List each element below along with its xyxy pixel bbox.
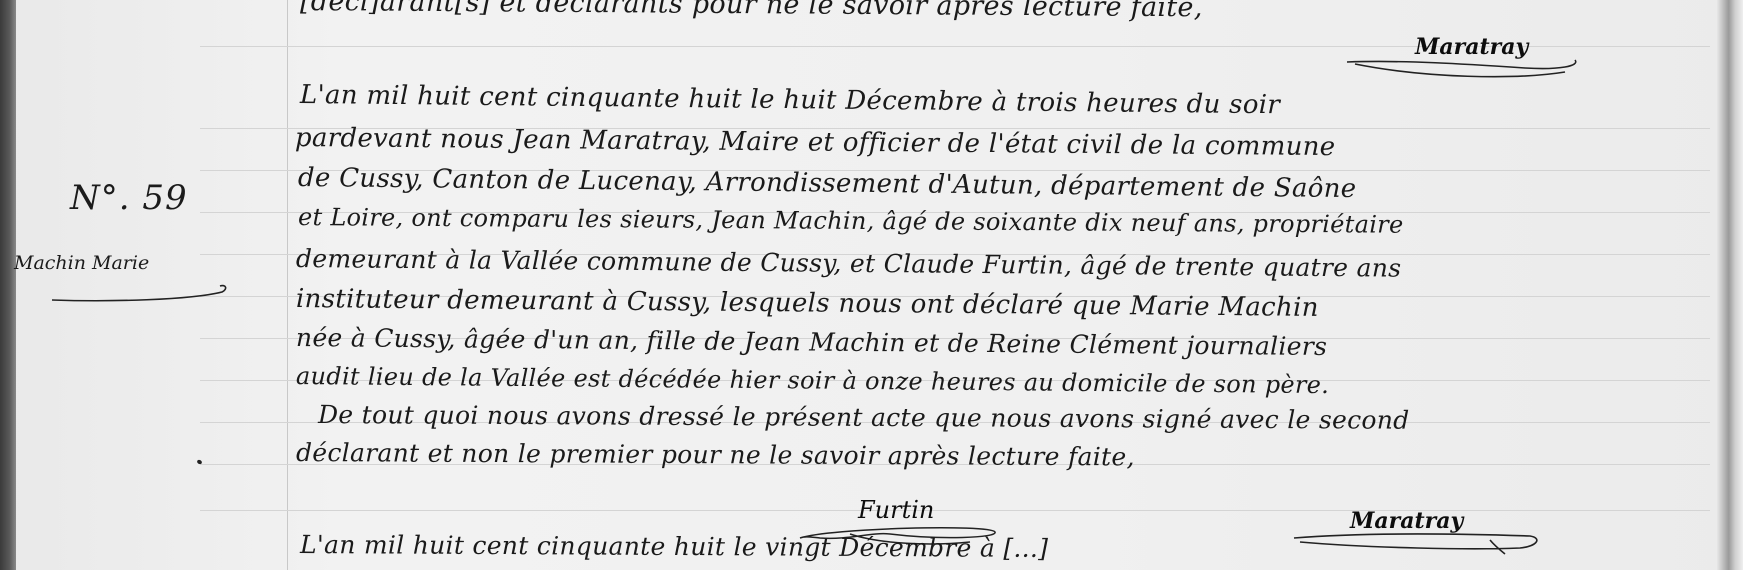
next-entry-opening-line: L'an mil huit cent cinquante huit le vin… bbox=[300, 530, 1048, 563]
entry-number: N°. 59 bbox=[70, 178, 188, 218]
name-underline-flourish bbox=[50, 284, 230, 304]
page-right-edge bbox=[1717, 0, 1743, 570]
register-page: N°. 59 Machin Marie [décl]arant[s] et dé… bbox=[0, 0, 1743, 570]
signature-flourish bbox=[1290, 528, 1550, 558]
record-line-1: L'an mil huit cent cinquante huit le hui… bbox=[300, 80, 1280, 120]
record-line-7: née à Cussy, âgée d'un an, fille de Jean… bbox=[296, 323, 1327, 361]
previous-entry-closing-line: [décl]arant[s] et déclarants pour ne le … bbox=[300, 0, 1203, 23]
ruled-line bbox=[200, 510, 1710, 511]
signature-flourish bbox=[1345, 54, 1585, 84]
record-line-9: De tout quoi nous avons dressé le présen… bbox=[318, 400, 1410, 435]
record-line-6: instituteur demeurant à Cussy, lesquels … bbox=[296, 284, 1319, 323]
page-binding-edge bbox=[0, 0, 16, 570]
record-line-10: déclarant et non le premier pour ne le s… bbox=[296, 438, 1135, 471]
record-line-5: demeurant à la Vallée commune de Cussy, … bbox=[296, 244, 1402, 283]
entry-name: Machin Marie bbox=[14, 252, 149, 274]
record-line-8: audit lieu de la Vallée est décédée hier… bbox=[296, 362, 1329, 399]
record-line-4: et Loire, ont comparu les sieurs, Jean M… bbox=[298, 203, 1404, 239]
margin-rule-line bbox=[287, 0, 288, 570]
